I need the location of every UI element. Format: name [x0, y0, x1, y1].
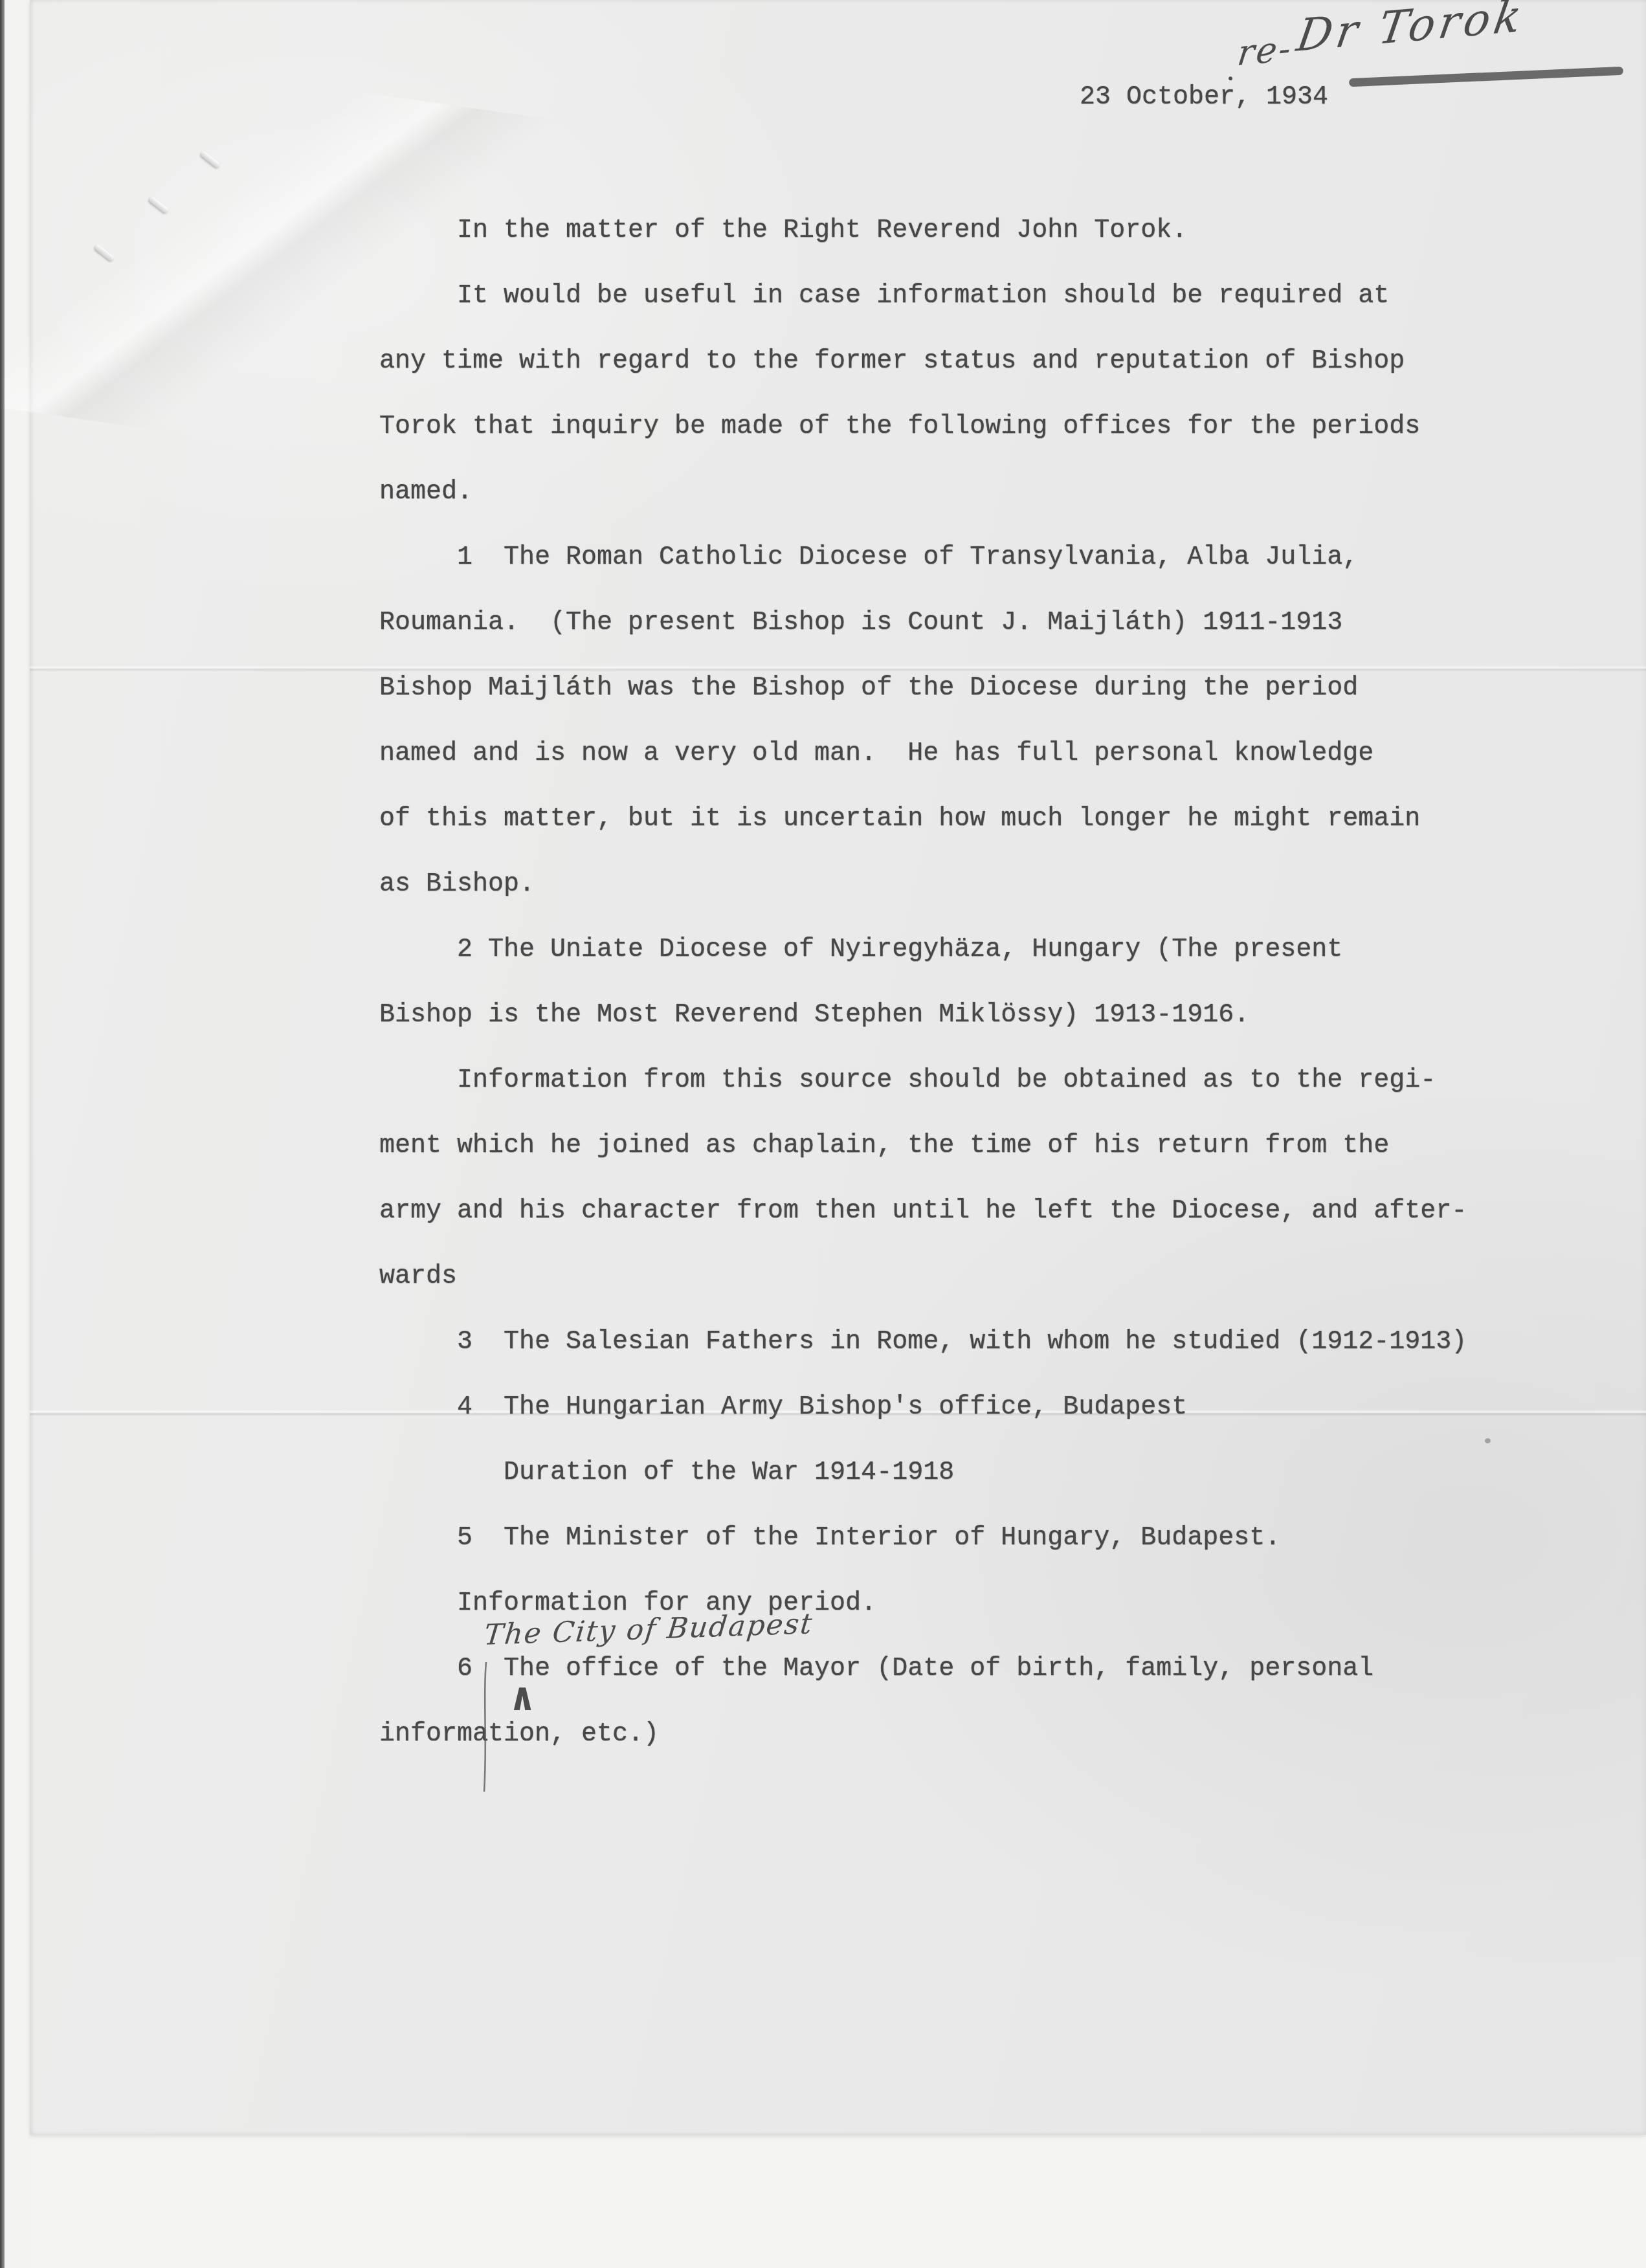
typed-line: It would be useful in case information s…	[379, 263, 1609, 329]
typed-line: army and his character from then until h…	[379, 1179, 1609, 1244]
typed-line: Bishop is the Most Reverend Stephen Mikl…	[379, 983, 1609, 1048]
typed-line: Roumania. (The present Bishop is Count J…	[379, 590, 1609, 656]
top-note-prefix: re-	[1235, 28, 1295, 74]
document-page: .re-Dr Torok 23 October, 1934 In the mat…	[30, 0, 1646, 2135]
staple-mark	[94, 243, 115, 261]
typed-line: 2 The Uniate Diocese of Nyiregyhäza, Hun…	[379, 917, 1609, 983]
typed-line: ment which he joined as chaplain, the ti…	[379, 1113, 1609, 1179]
typed-line: information, etc.)	[379, 1702, 1609, 1767]
scanned-document-screenshot: { "colors": { "paper": "#e9eae9", "ink":…	[0, 0, 1646, 2268]
typed-line: of this matter, but it is uncertain how …	[379, 786, 1609, 852]
typed-line: 4 The Hungarian Army Bishop's office, Bu…	[379, 1375, 1609, 1440]
typed-line: named.	[379, 460, 1609, 525]
typed-line: 5 The Minister of the Interior of Hungar…	[379, 1506, 1609, 1571]
pencil-dot: .	[1223, 52, 1236, 87]
typed-line: named and is now a very old man. He has …	[379, 721, 1609, 786]
scanner-edge-line	[0, 0, 5, 2268]
insertion-caret-icon: ∧	[509, 1675, 536, 1720]
staple-mark	[200, 150, 221, 168]
document-date: 23 October, 1934	[1080, 83, 1328, 112]
typed-line: any time with regard to the former statu…	[379, 329, 1609, 394]
pen-stroke-mark	[482, 1662, 489, 1792]
top-note-name: Dr Torok	[1293, 0, 1529, 62]
typed-line: wards	[379, 1244, 1609, 1309]
handwritten-top-note: .re-Dr Torok	[1220, 0, 1526, 68]
typed-line: Bishop Maijláth was the Bishop of the Di…	[379, 656, 1609, 721]
typed-line: Information from this source should be o…	[379, 1048, 1609, 1113]
typed-line: 3 The Salesian Fathers in Rome, with who…	[379, 1309, 1609, 1375]
typed-line: Torok that inquiry be made of the follow…	[379, 394, 1609, 460]
scanner-bed-strip	[5, 0, 30, 2268]
typed-line: Duration of the War 1914-1918	[379, 1440, 1609, 1506]
typed-line: 1 The Roman Catholic Diocese of Transylv…	[379, 525, 1609, 590]
typed-line: as Bishop.	[379, 852, 1609, 917]
typed-line: In the matter of the Right Reverend John…	[379, 198, 1609, 263]
staple-mark	[148, 195, 169, 214]
typed-body: In the matter of the Right Reverend John…	[379, 198, 1609, 1767]
handwritten-underline	[1349, 67, 1623, 87]
